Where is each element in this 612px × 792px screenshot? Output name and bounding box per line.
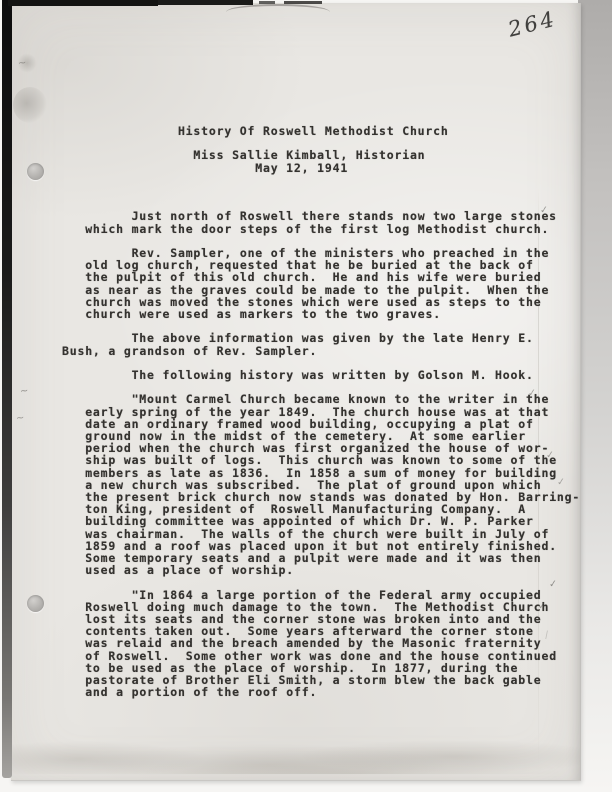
pencil-mark: ✓ [545,450,554,462]
pencil-mark: ✓ [537,601,546,613]
scan-arc-mark [226,4,330,20]
pencil-mark: ~ [19,386,28,398]
typed-line: early spring of the year 1849. The churc… [85,406,549,418]
paper-bottom-mottle [11,728,580,774]
punch-hole [27,163,44,180]
pencil-mark: ✓ [539,205,548,217]
typed-line: "Mount Carmel Church became known to the… [132,393,550,405]
typed-line: which mark the door steps of the first l… [85,223,549,235]
typed-line: was chairman. The walls of the church we… [85,528,549,540]
pencil-mark: ✓ [527,388,536,400]
typed-line: May 12, 1941 [255,162,348,174]
typed-line: used as a place of worship. [85,564,294,576]
typed-line: "In 1864 a large portion of the Federal … [132,589,542,601]
typed-line: members as late as 1836. In 1858 a sum o… [85,467,557,479]
typed-line: and a portion of the roof off. [85,686,317,698]
pencil-mark: ✓ [548,579,557,591]
typed-line: The above information was given by the l… [132,332,534,344]
scan-edge-shadow [2,0,12,778]
typed-line: the pulpit of this old church. He and hi… [85,271,541,283]
typed-line: Miss Sallie Kimball, Historian [193,149,425,161]
smudge-mark [13,87,47,123]
typed-line: Just north of Roswell there stands now t… [132,210,557,222]
scanner-background [578,0,612,792]
typed-line: The following history was written by Gol… [132,369,534,381]
document-scan: History Of Roswell Methodist ChurchMiss … [0,0,612,792]
pencil-mark: ✓ [556,477,565,489]
pencil-mark: ~ [15,413,24,425]
scan-edge-bar [8,0,158,6]
typed-line: as near as the graves could be made to t… [85,284,549,296]
typed-line: Bush, a grandson of Rev. Sampler. [62,345,317,357]
typed-line: of Roswell. Some other work was done and… [85,650,557,662]
scan-edge-bar [158,0,253,5]
typed-line: was relaid and the breach amended by the… [85,637,541,649]
punch-hole [27,595,44,612]
typed-line: ship was built of logs. This church was … [85,454,557,466]
typed-line: History Of Roswell Methodist Church [178,125,449,137]
typed-line: church were used as markers to the two g… [85,308,441,320]
pencil-mark: ~ [17,58,26,70]
typed-line: building committee was appointed of whic… [85,515,534,527]
